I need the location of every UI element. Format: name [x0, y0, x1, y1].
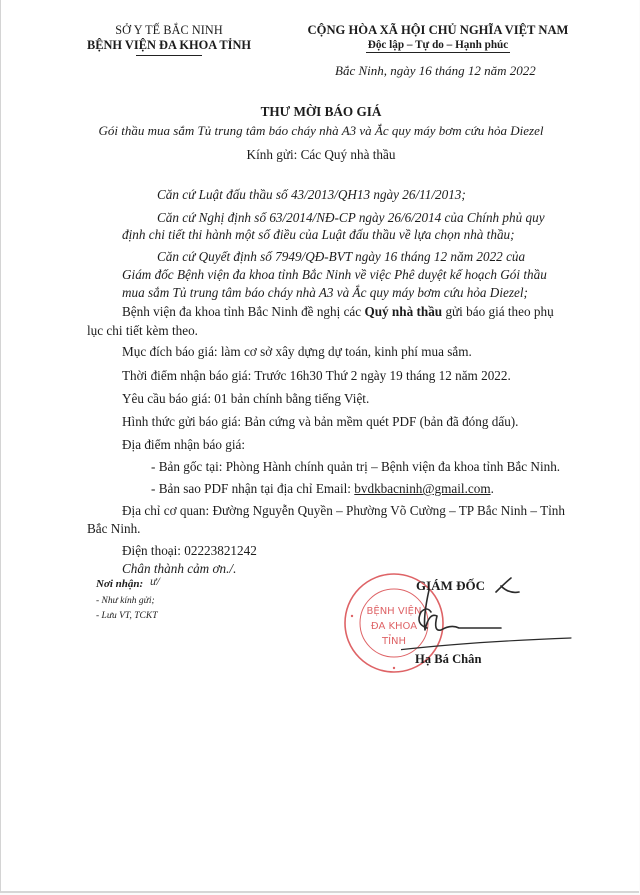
- signer-title: GIÁM ĐỐC: [416, 578, 485, 594]
- recipient-emphasis: Quý nhà thầu: [364, 304, 442, 319]
- legal-basis-2-line1: Căn cứ Nghị định số 63/2014/NĐ-CP ngày 2…: [157, 210, 545, 226]
- legal-basis-3-line1: Căn cứ Quyết định số 7949/QĐ-BVT ngày 16…: [157, 249, 525, 265]
- national-header: CỘNG HÒA XÃ HỘI CHỦ NGHĨA VIỆT NAM Độc l…: [283, 23, 593, 53]
- quote-location-pdf: - Bản sao PDF nhận tại địa chỉ Email: bv…: [151, 481, 494, 497]
- legal-basis-1: Căn cứ Luật đấu thầu số 43/2013/QH13 ngà…: [157, 187, 466, 203]
- quote-purpose: Mục đích báo giá: làm cơ sở xây dựng dự …: [122, 344, 472, 360]
- divider: [136, 55, 202, 56]
- quote-location-original: - Bản gốc tại: Phòng Hành chính quản trị…: [151, 459, 560, 475]
- document-subtitle: Gói thầu mua sắm Tủ trung tâm báo cháy n…: [1, 123, 640, 139]
- office-address-line1: Địa chỉ cơ quan: Đường Nguyễn Quyền – Ph…: [122, 503, 565, 519]
- quote-format: Hình thức gửi báo giá: Bản cứng và bản m…: [122, 414, 518, 430]
- document-page: SỞ Y TẾ BẮC NINH BỆNH VIỆN ĐA KHOA TỈNH …: [0, 0, 639, 893]
- legal-basis-3-line2: Giám đốc Bệnh viện đa khoa tỉnh Bắc Ninh…: [122, 267, 547, 283]
- closing-thanks: Chân thành cảm ơn./.: [122, 561, 236, 577]
- department-name: SỞ Y TẾ BẮC NINH: [83, 23, 255, 38]
- national-motto: Độc lập – Tự do – Hạnh phúc: [283, 39, 593, 51]
- quote-requirement: Yêu cầu báo giá: 01 bản chính bằng tiếng…: [122, 391, 369, 407]
- office-address-line2: Bắc Ninh.: [87, 521, 140, 537]
- recipients-label: Nơi nhận:: [96, 578, 143, 590]
- phone-number: Điện thoại: 02223821242: [122, 543, 257, 559]
- document-title: THƯ MỜI BÁO GIÁ: [1, 104, 640, 120]
- recipient-item: - Như kính gửi;: [96, 596, 155, 606]
- signer-name: Hạ Bá Chân: [415, 652, 482, 667]
- request-paragraph: Bệnh viện đa khoa tỉnh Bắc Ninh đề nghị …: [122, 304, 554, 320]
- email-link[interactable]: bvdkbacninh@gmail.com: [354, 481, 490, 496]
- divider: [366, 52, 510, 53]
- recipient-item: - Lưu VT, TCKT: [96, 611, 158, 621]
- greeting: Kính gửi: Các Quý nhà thầu: [1, 147, 640, 163]
- legal-basis-3-line3: mua sắm Tủ trung tâm báo cháy nhà A3 và …: [122, 285, 528, 301]
- place-date: Bắc Ninh, ngày 16 tháng 12 năm 2022: [335, 63, 536, 79]
- handwritten-mark: ư/: [150, 574, 160, 589]
- quote-location-label: Địa điểm nhận báo giá:: [122, 437, 245, 453]
- hospital-name: BỆNH VIỆN ĐA KHOA TỈNH: [83, 38, 255, 53]
- quote-deadline: Thời điểm nhận báo giá: Trước 16h30 Thứ …: [122, 368, 511, 384]
- issuing-agency: SỞ Y TẾ BẮC NINH BỆNH VIỆN ĐA KHOA TỈNH: [83, 23, 255, 56]
- legal-basis-2-line2: định chi tiết thi hành một số điều của L…: [122, 227, 515, 243]
- country-name: CỘNG HÒA XÃ HỘI CHỦ NGHĨA VIỆT NAM: [283, 23, 593, 38]
- request-paragraph-line2: lục chi tiết kèm theo.: [87, 323, 198, 339]
